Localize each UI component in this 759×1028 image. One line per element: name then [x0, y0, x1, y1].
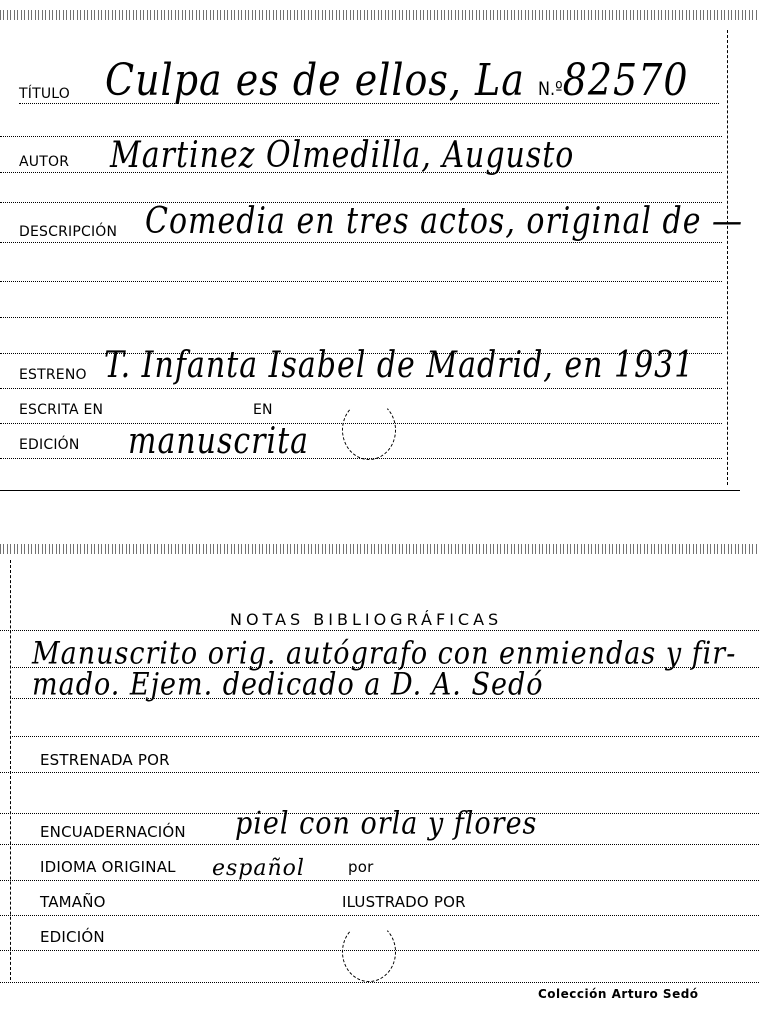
card-top-bottom-edge: [0, 490, 740, 491]
notes-line-1: Manuscrito orig. autógrafo con enmiendas…: [32, 638, 736, 669]
blank-line-1: [0, 281, 722, 282]
tamano-label: TAMAÑO: [40, 895, 106, 910]
en-label: EN: [253, 403, 273, 417]
card-left-border: [10, 560, 11, 980]
notes-rule-2: [10, 698, 759, 699]
por-label: por: [348, 860, 373, 875]
edicion-bottom-label: EDICIÓN: [40, 930, 105, 945]
descripcion-label: DESCRIPCIÓN: [19, 225, 117, 239]
titulo-label: TÍTULO: [19, 87, 70, 101]
estrenada-por-label: ESTRENADA POR: [40, 753, 170, 768]
encuadernacion-label: ENCUADERNACIÓN: [40, 825, 186, 840]
number-prefix: N.º: [538, 78, 563, 100]
idioma-original-line: [0, 880, 759, 881]
card-top-edge: [0, 10, 759, 20]
final-line: [0, 982, 759, 983]
titulo-value: Culpa es de ellos, La N.º82570: [105, 58, 689, 102]
estreno-label: ESTRENO: [19, 368, 87, 382]
punch-hole-mark-bottom: [342, 922, 396, 982]
encuadernacion-line: [0, 844, 759, 845]
punch-hole-mark: [342, 400, 396, 460]
catalog-card-bottom: NOTAS BIBLIOGRÁFICAS Manuscrito orig. au…: [0, 530, 759, 1028]
encuadernacion-value: piel con orla y flores: [235, 808, 537, 839]
edicion-label: EDICIÓN: [19, 438, 80, 452]
estrenada-por-line: [0, 772, 759, 773]
titulo-line: [19, 103, 719, 104]
estreno-value: T. Infanta Isabel de Madrid, en 1931: [104, 348, 694, 384]
estreno-line: [0, 388, 722, 389]
notas-heading-line: [0, 630, 759, 631]
ilustrado-por-label: ILUSTRADO POR: [342, 895, 466, 910]
catalog-number: 82570: [563, 55, 689, 106]
collection-credit: Colección Arturo Sedó: [538, 987, 699, 1001]
tamano-line: [0, 915, 759, 916]
escrita-en-label: ESCRITA EN: [19, 403, 103, 417]
autor-line: [0, 172, 722, 173]
card-right-border: [727, 30, 728, 485]
blank-line-2: [0, 317, 722, 318]
descripcion-line: [0, 242, 722, 243]
catalog-card-top: TÍTULO Culpa es de ellos, La N.º82570 AU…: [0, 0, 759, 500]
autor-value: Martinez Olmedilla, Augusto: [110, 138, 574, 174]
idioma-original-value: español: [212, 858, 305, 880]
card-bottom-edge: [0, 544, 759, 554]
descripcion-value: Comedia en tres actos, original de —: [145, 204, 743, 240]
titulo-text: Culpa es de ellos, La: [105, 55, 525, 106]
notas-heading: NOTAS BIBLIOGRÁFICAS: [230, 610, 502, 629]
edicion-line: [0, 458, 722, 459]
notes-rule-3: [10, 736, 759, 737]
idioma-original-label: IDIOMA ORIGINAL: [40, 860, 176, 875]
edicion-value: manuscrita: [128, 424, 309, 460]
notes-line-2: mado. Ejem. dedicado a D. A. Sedó: [32, 669, 544, 700]
autor-label: AUTOR: [19, 155, 69, 169]
